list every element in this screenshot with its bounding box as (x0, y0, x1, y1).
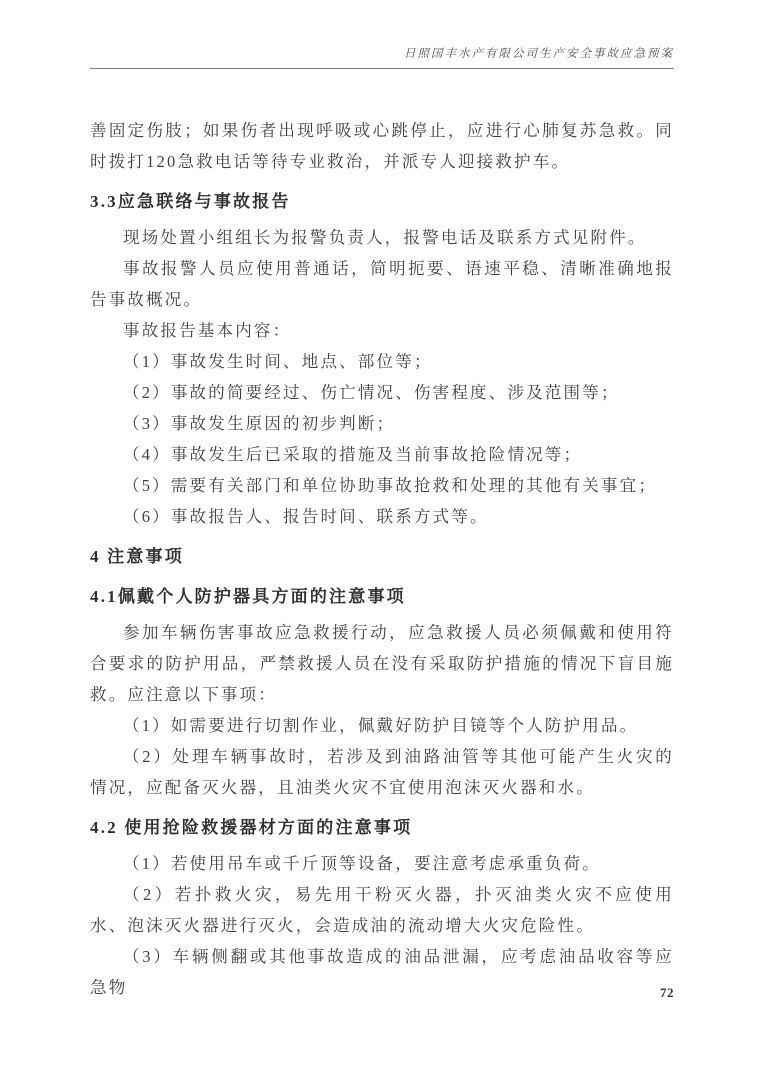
paragraph: 事故报告基本内容： (90, 315, 674, 346)
list-item: （1）若使用吊车或千斤顶等设备，要注意考虑承重负荷。 (90, 848, 674, 879)
list-item: （1）事故发生时间、地点、部位等； (90, 346, 674, 377)
paragraph: 现场处置小组组长为报警负责人，报警电话及联系方式见附件。 (90, 222, 674, 253)
paragraph: （3）车辆侧翻或其他事故造成的油品泄漏，应考虑油品收容等应急物 (90, 941, 674, 1003)
paragraph: （2）若扑救火灾，易先用干粉灭火器，扑灭油类火灾不应使用水、泡沫灭火器进行灭火，… (90, 879, 674, 941)
section-heading-4: 4 注意事项 (90, 541, 674, 572)
document-title-header: 日照国丰水产有限公司生产安全事故应急预案 (404, 48, 674, 60)
list-item: （6）事故报告人、报告时间、联系方式等。 (90, 501, 674, 532)
paragraph: （2）处理车辆事故时，若涉及到油路油管等其他可能产生火灾的情况，应配备灭火器，且… (90, 741, 674, 803)
page-header: 日照国丰水产有限公司生产安全事故应急预案 (90, 46, 674, 69)
section-heading-4-2: 4.2 使用抢险救援器材方面的注意事项 (90, 812, 674, 843)
list-item: （1）如需要进行切割作业，佩戴好防护目镜等个人防护用品。 (90, 710, 674, 741)
paragraph-continuation: 善固定伤肢；如果伤者出现呼吸或心跳停止，应进行心肺复苏急救。同时拨打120急救电… (90, 115, 674, 177)
document-page: 日照国丰水产有限公司生产安全事故应急预案 善固定伤肢；如果伤者出现呼吸或心跳停止… (0, 0, 762, 1080)
section-heading-3-3: 3.3应急联络与事故报告 (90, 186, 674, 217)
paragraph: 参加车辆伤害事故应急救援行动，应急救援人员必须佩戴和使用符合要求的防护用品，严禁… (90, 617, 674, 710)
list-item: （4）事故发生后已采取的措施及当前事故抢险情况等； (90, 439, 674, 470)
list-item: （2）事故的简要经过、伤亡情况、伤害程度、涉及范围等； (90, 377, 674, 408)
section-heading-4-1: 4.1佩戴个人防护器具方面的注意事项 (90, 581, 674, 612)
document-body: 善固定伤肢；如果伤者出现呼吸或心跳停止，应进行心肺复苏急救。同时拨打120急救电… (90, 115, 674, 1003)
list-item: （5）需要有关部门和单位协助事故抢救和处理的其他有关事宜； (90, 470, 674, 501)
page-number: 72 (660, 985, 674, 1001)
list-item: （3）事故发生原因的初步判断； (90, 408, 674, 439)
paragraph: 事故报警人员应使用普通话，简明扼要、语速平稳、清晰准确地报告事故概况。 (90, 253, 674, 315)
